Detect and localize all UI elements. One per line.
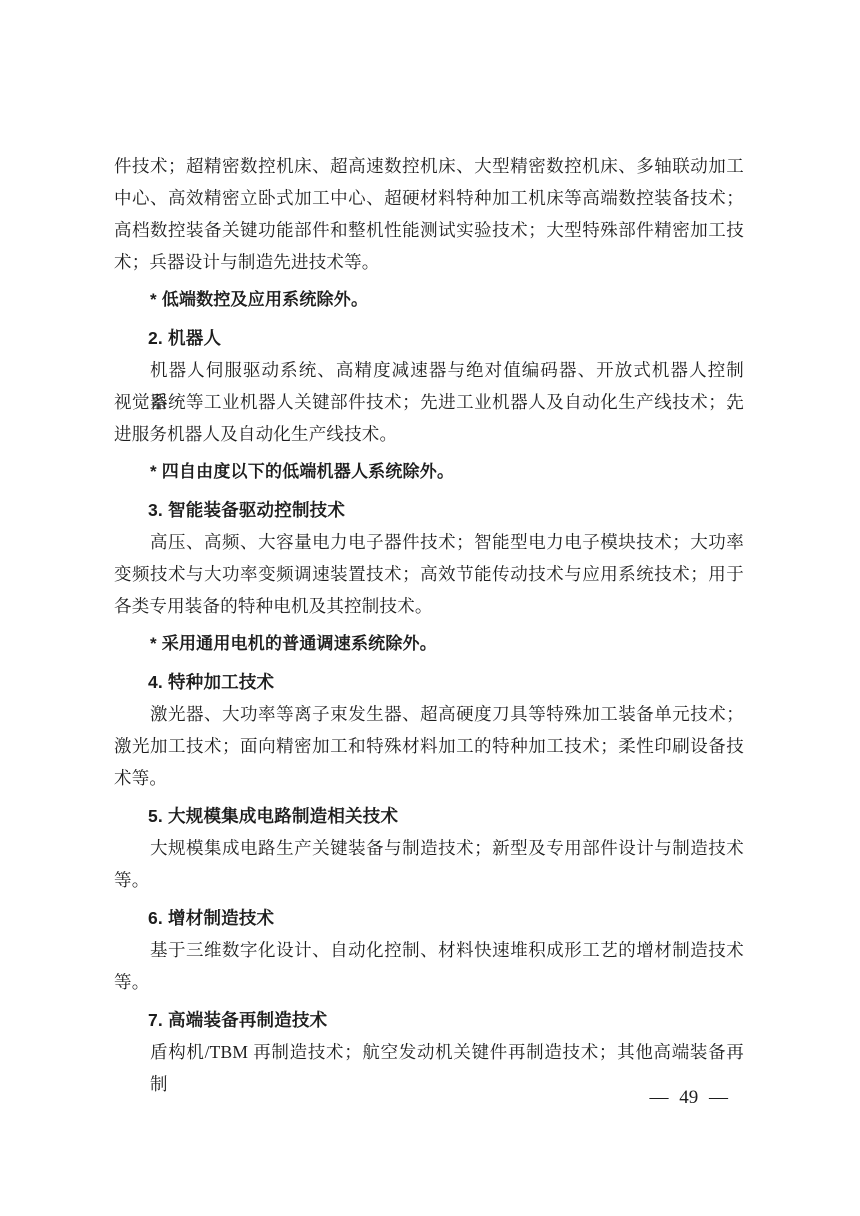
section-heading: 7. 高端装备再制造技术 — [114, 1004, 744, 1036]
paragraph-line: 术；兵器设计与制造先进技术等。 — [114, 246, 744, 278]
paragraph-line: 激光器、大功率等离子束发生器、超高硬度刀具等特殊加工装备单元技术； — [114, 698, 744, 730]
paragraph-line: 各类专用装备的特种电机及其控制技术。 — [114, 590, 744, 622]
paragraph-line: 高档数控装备关键功能部件和整机性能测试实验技术；大型特殊部件精密加工技 — [114, 214, 744, 246]
section-heading: 4. 特种加工技术 — [114, 666, 744, 698]
text-block: 件技术；超精密数控机床、超高速数控机床、大型精密数控机床、多轴联动加工 中心、高… — [114, 150, 744, 1068]
paragraph-line: 视觉系统等工业机器人关键部件技术；先进工业机器人及自动化生产线技术；先 — [114, 386, 744, 418]
section-heading: 6. 增材制造技术 — [114, 902, 744, 934]
section-heading: 5. 大规模集成电路制造相关技术 — [114, 800, 744, 832]
paragraph-line: 等。 — [114, 966, 744, 998]
paragraph-line: 中心、高效精密立卧式加工中心、超硬材料特种加工机床等高端数控装备技术； — [114, 182, 744, 214]
paragraph-line: 变频技术与大功率变频调速装置技术；高效节能传动技术与应用系统技术；用于 — [114, 558, 744, 590]
paragraph-line: 机器人伺服驱动系统、高精度减速器与绝对值编码器、开放式机器人控制器、 — [114, 354, 744, 386]
paragraph-line: 基于三维数字化设计、自动化控制、材料快速堆积成形工艺的增材制造技术 — [114, 934, 744, 966]
section-heading: 3. 智能装备驱动控制技术 — [114, 494, 744, 526]
exclusion-note: * 采用通用电机的普通调速系统除外。 — [114, 628, 744, 660]
section-heading: 2. 机器人 — [114, 322, 744, 354]
document-page: 件技术；超精密数控机床、超高速数控机床、大型精密数控机床、多轴联动加工 中心、高… — [0, 0, 860, 1216]
paragraph-line: 等。 — [114, 864, 744, 896]
paragraph-line: 高压、高频、大容量电力电子器件技术；智能型电力电子模块技术；大功率 — [114, 526, 744, 558]
paragraph-line: 大规模集成电路生产关键装备与制造技术；新型及专用部件设计与制造技术 — [114, 832, 744, 864]
page-number: — 49 — — [650, 1086, 729, 1110]
paragraph-line: 盾构机/TBM 再制造技术；航空发动机关键件再制造技术；其他高端装备再制 — [114, 1036, 744, 1068]
paragraph-line: 进服务机器人及自动化生产线技术。 — [114, 418, 744, 450]
paragraph-line: 术等。 — [114, 762, 744, 794]
exclusion-note: * 四自由度以下的低端机器人系统除外。 — [114, 456, 744, 488]
exclusion-note: * 低端数控及应用系统除外。 — [114, 284, 744, 316]
paragraph-line: 件技术；超精密数控机床、超高速数控机床、大型精密数控机床、多轴联动加工 — [114, 150, 744, 182]
paragraph-line: 激光加工技术；面向精密加工和特殊材料加工的特种加工技术；柔性印刷设备技 — [114, 730, 744, 762]
